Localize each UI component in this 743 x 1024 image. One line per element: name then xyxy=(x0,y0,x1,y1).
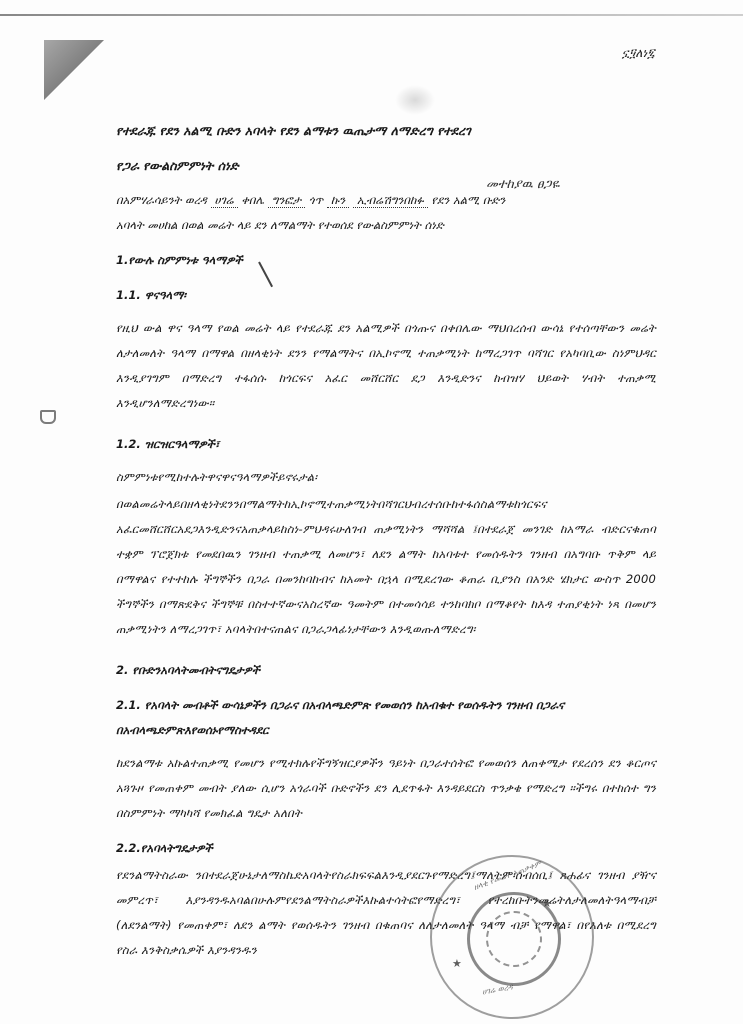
intro-paragraph: መተከያዉ ፀጋዬ በአምሃራሳይንት ወረዳ ሀገሬ ቀበሌ ግንፎታ ጎጥ … xyxy=(116,188,656,238)
stamp-lower-text: ሀገሬ ወረዳ xyxy=(481,982,513,997)
document-subtitle: የጋራ የውልስምምነት ሰነድ xyxy=(116,153,656,178)
scan-smudge xyxy=(395,85,435,115)
kebele-label: ቀበሌ xyxy=(241,193,264,207)
got-label: ጎጥ xyxy=(309,193,324,207)
kebele-field: ግንፎታ xyxy=(268,193,305,208)
official-stamp: ዘላቂ የመሬት አጠቃቀም ★ ★ ሀገሬ ወረዳ xyxy=(430,855,594,1019)
reference-number: ኗ፶ለነ፯ xyxy=(622,46,654,61)
section-2-1-heading: 2.1. የአባላት መብቶች ውሳኔዎችን በጋራና በአብላጫድምጽ የመወ… xyxy=(116,693,656,743)
section-1-1-text: የዚህ ውል ዋና ዓላማ የወል መሬት ላይ የተደራጁ ደን አልሚዎች … xyxy=(116,316,656,416)
section-1-2-heading: 1.2. ዝርዝርዓላማዎች፣ xyxy=(116,432,656,457)
intro-prefix: በአምሃራሳይንት xyxy=(116,193,181,207)
stamp-inner-ring xyxy=(467,892,561,986)
scanned-page: ኗ፶ለነ፯ የተደራጁ የደን አልሚ ቡድን አባላት የደን ልማቱን ዉጤ… xyxy=(0,0,743,1024)
section-1-2-intro: ስምምነቱየሚከተሉትዋናዋናዓላማዎችይኖሩታል፡ xyxy=(116,465,656,490)
folded-corner xyxy=(44,40,104,100)
document-body: የተደራጁ የደን አልሚ ቡድን አባላት የደን ልማቱን ዉጤታማ ለማድ… xyxy=(116,118,656,963)
woreda-field: ሀገሬ xyxy=(211,193,238,208)
scan-edge-line xyxy=(0,14,743,16)
section-2-1-text: ከደንልማቱ አኩልተጠቃሚ የመሆን የሚተክሉየችግኝዝርያዎችን ዓይነት… xyxy=(116,751,656,826)
woreda-label: ወረዳ xyxy=(185,193,207,207)
section-1-heading: 1.የውሉ ስምምነቱ ዓላማዎች xyxy=(116,248,656,273)
margin-mark-icon xyxy=(40,410,56,424)
intro-line-2: አባላት መሀከል በወል መሬት ላይ ደን ለማልማት የተወሰደ የውልስ… xyxy=(116,218,444,232)
handwritten-annotation: መተከያዉ ፀጋዬ xyxy=(486,172,559,197)
handwritten-name-field: ኢብሬሽግንበከፉ xyxy=(353,193,428,208)
stamp-emblem xyxy=(486,911,542,967)
section-2-2-heading: 2.2.የአባላትግዴታዎች xyxy=(116,836,656,861)
got-field: ኩን xyxy=(327,193,349,208)
star-icon: ★ xyxy=(452,957,462,970)
stamp-outer-text: ዘላቂ የመሬት አጠቃቀም xyxy=(472,859,543,893)
document-title: የተደራጁ የደን አልሚ ቡድን አባላት የደን ልማቱን ዉጤታማ ለማድ… xyxy=(116,118,656,143)
section-2-heading: 2. የቡድንአባላትመብትናግዴታዎች xyxy=(116,658,656,683)
section-1-2-text: በወልመሬትላይበዘላቂነትደንንበማልማትከኢኮኖሚተጠቃሚነትበሻገርህብረ… xyxy=(116,492,656,642)
section-1-1-heading: 1.1. ዋናዓላማ፡ xyxy=(116,283,656,308)
